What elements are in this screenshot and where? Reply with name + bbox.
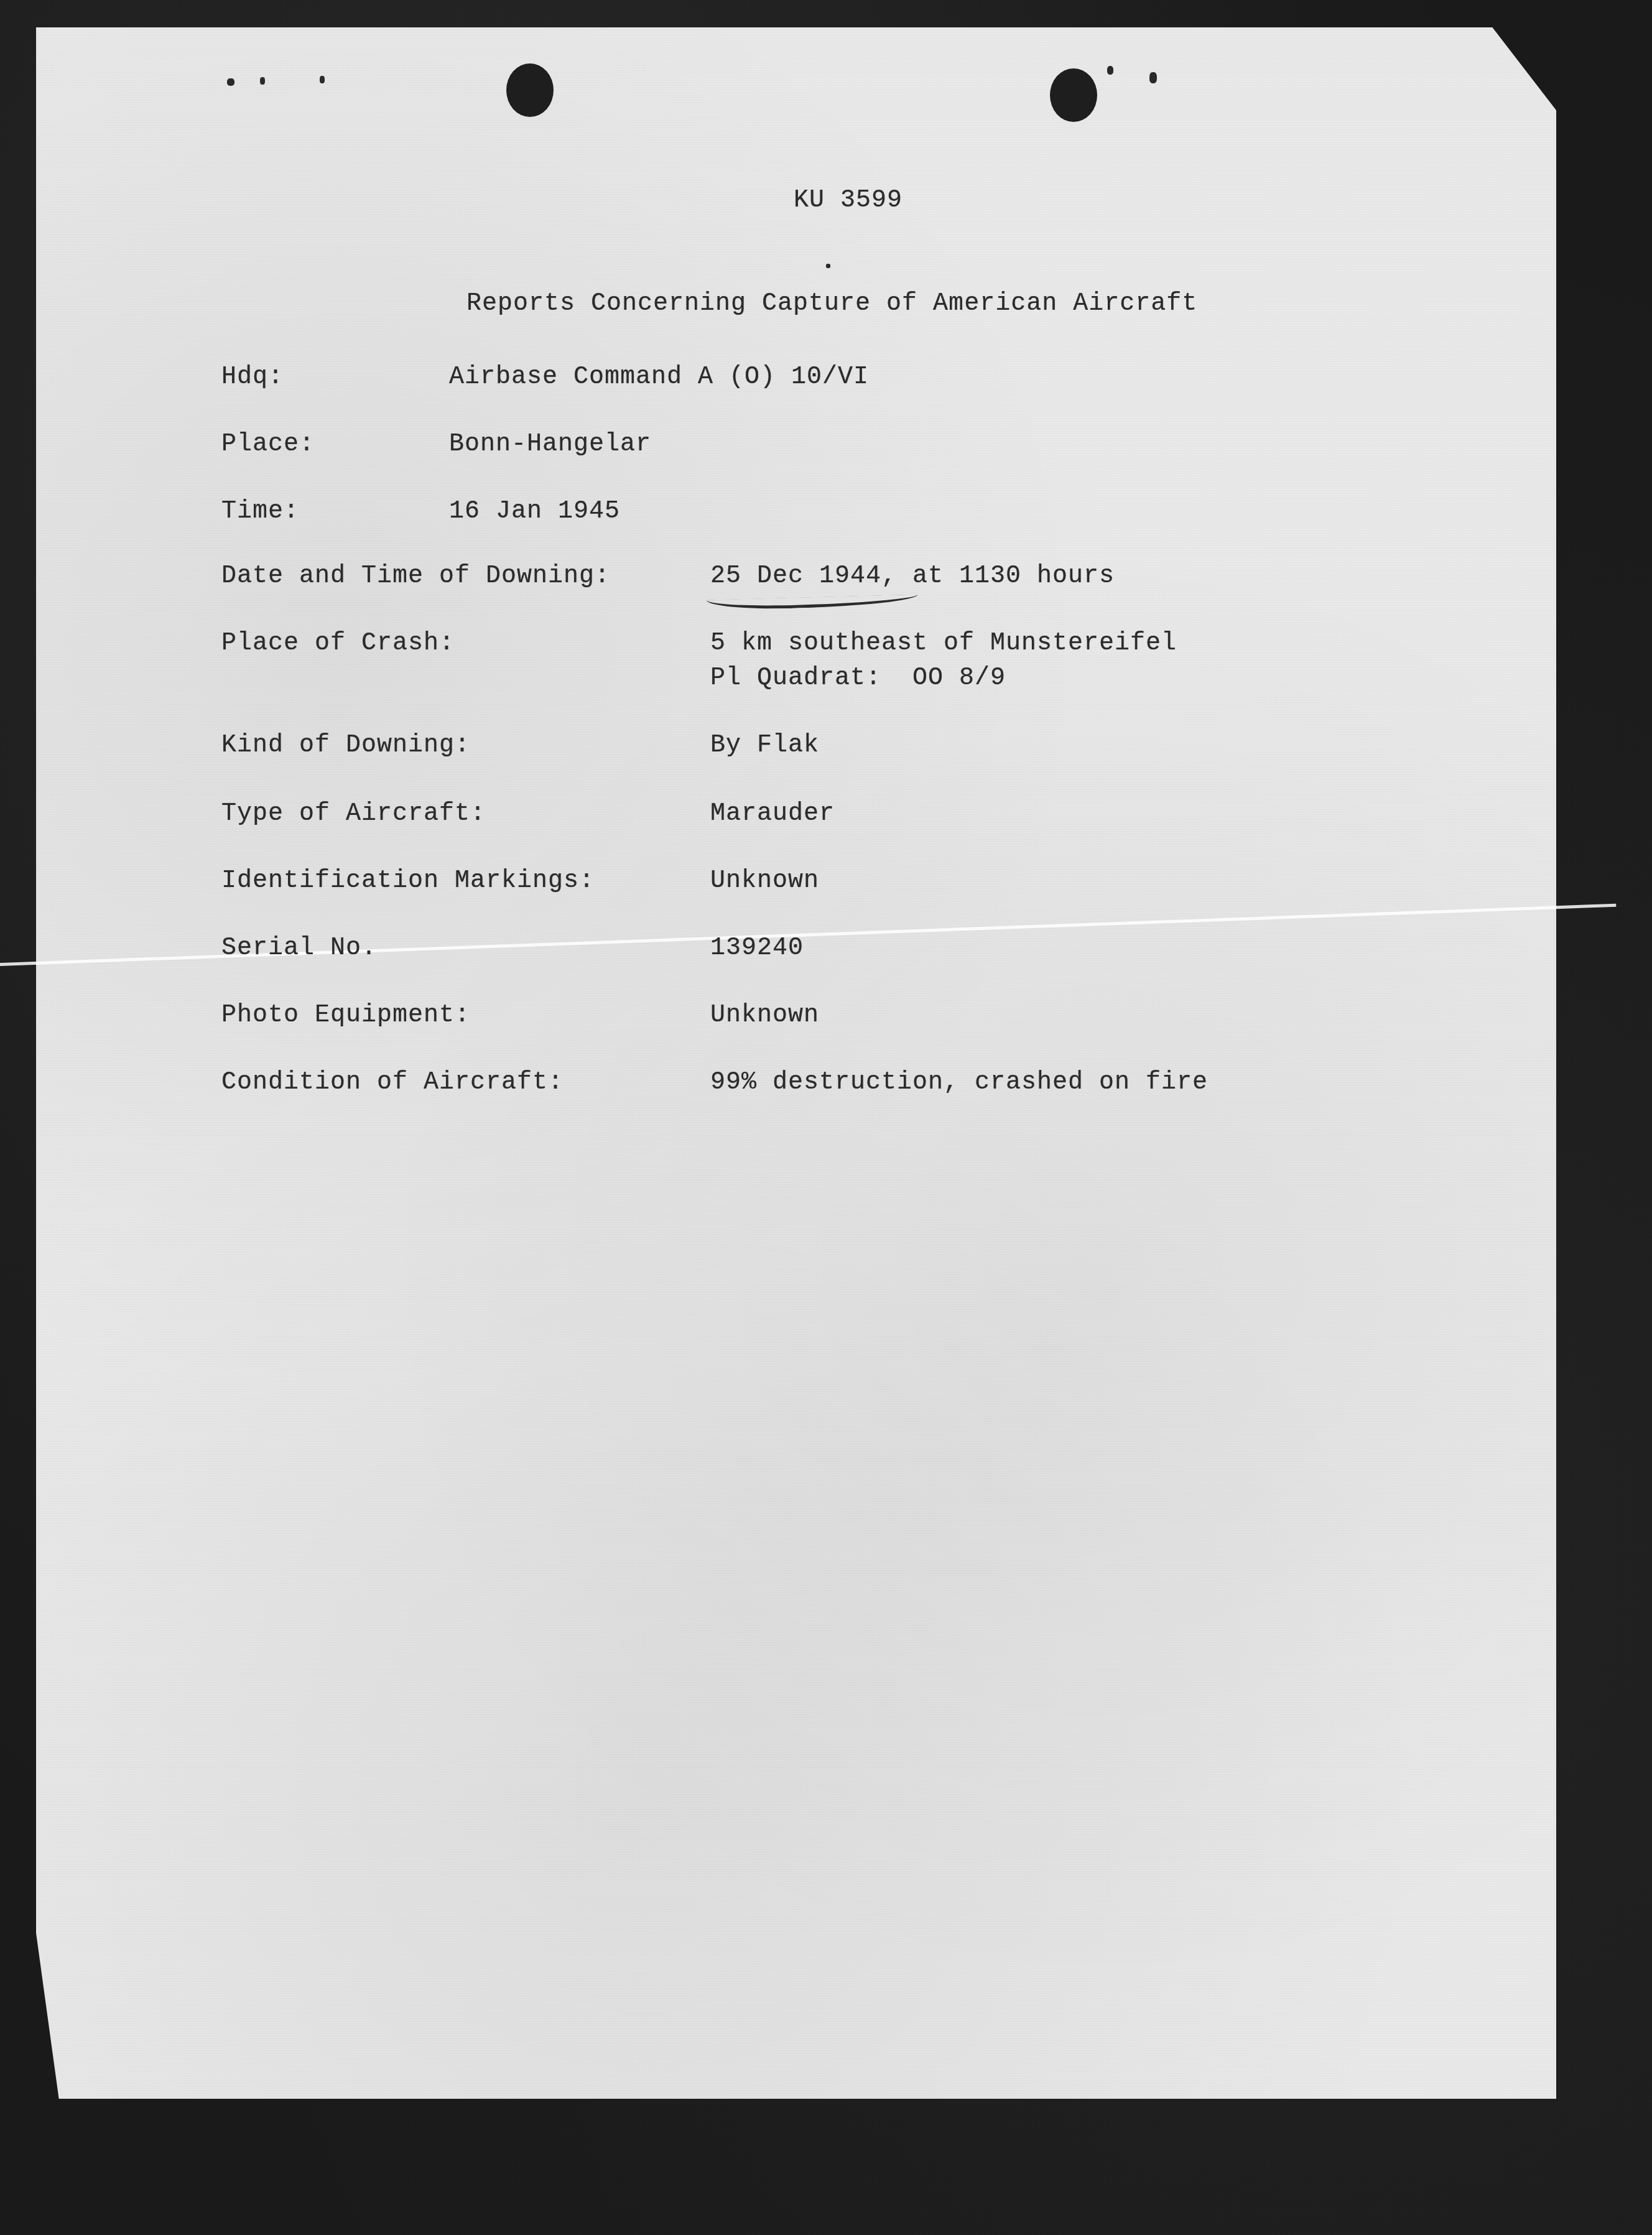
field-value-crash-quadrat: Pl Quadrat: OO 8/9 — [710, 664, 1006, 692]
field-label-crash-place: Place of Crash: — [221, 630, 455, 657]
field-label-condition: Condition of Aircraft: — [221, 1069, 564, 1097]
field-label-identification: Identification Markings: — [221, 867, 595, 895]
field-label-hdq: Hdq: — [221, 363, 284, 391]
field-value-aircraft-type: Marauder — [710, 800, 835, 828]
punch-hole-left — [506, 63, 554, 117]
ink-speck — [1107, 66, 1113, 75]
field-label-serial: Serial No. — [221, 934, 377, 962]
ink-speck — [260, 77, 265, 85]
field-value-crash-place: 5 km southeast of Munstereifel — [710, 630, 1177, 657]
field-value-downing-kind: By Flak — [710, 732, 819, 760]
field-label-downing-kind: Kind of Downing: — [221, 732, 470, 760]
field-value-identification: Unknown — [710, 867, 819, 895]
ink-speck — [320, 76, 325, 83]
field-value-place: Bonn-Hangelar — [449, 430, 651, 458]
field-value-time: 16 Jan 1945 — [449, 498, 620, 526]
ink-speck — [1149, 72, 1157, 83]
document-id: KU 3599 — [794, 187, 903, 215]
field-label-place: Place: — [221, 430, 315, 458]
ink-speck — [227, 78, 234, 86]
document-sheet — [36, 27, 1556, 2099]
field-value-condition: 99% destruction, crashed on fire — [710, 1069, 1208, 1097]
document-title: Reports Concerning Capture of American A… — [466, 290, 1197, 318]
field-value-serial: 139240 — [710, 934, 804, 962]
field-label-aircraft-type: Type of Aircraft: — [221, 800, 486, 828]
field-label-photo-equipment: Photo Equipment: — [221, 1001, 470, 1029]
field-value-hdq: Airbase Command A (O) 10/VI — [449, 363, 869, 391]
field-label-time: Time: — [221, 498, 299, 526]
field-value-downing-date: 25 Dec 1944, at 1130 hours — [710, 562, 1115, 590]
field-value-photo-equipment: Unknown — [710, 1001, 819, 1029]
punch-hole-right — [1050, 68, 1097, 122]
ink-speck — [826, 264, 830, 268]
field-label-downing-date: Date and Time of Downing: — [221, 562, 610, 590]
